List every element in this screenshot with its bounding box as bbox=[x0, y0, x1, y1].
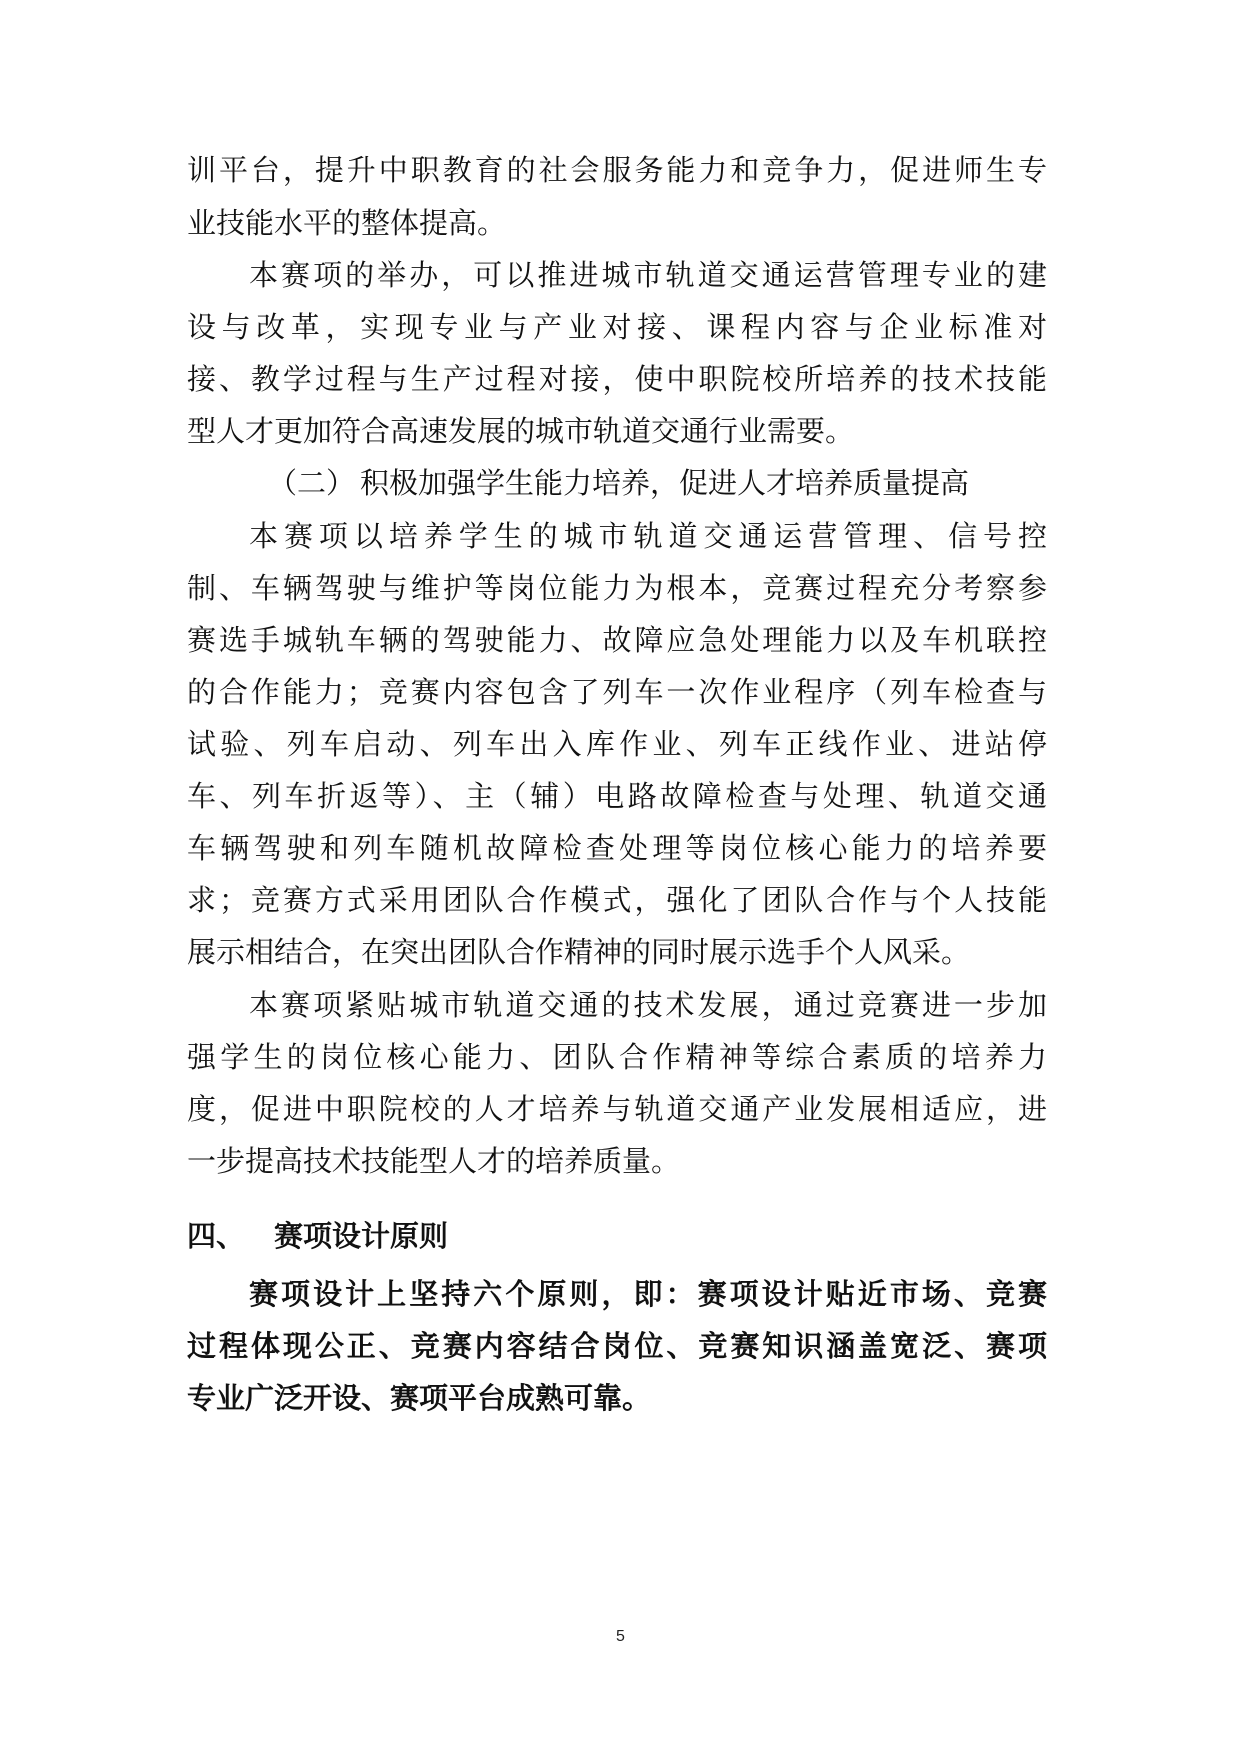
paragraph-line: 训平台，提升中职教育的社会服务能力和竞争力，促进师生专 bbox=[187, 150, 1047, 190]
paragraph-line: 赛选手城轨车辆的驾驶能力、故障应急处理能力以及车机联控 bbox=[187, 620, 1047, 660]
paragraph-line: 车辆驾驶和列车随机故障检查处理等岗位核心能力的培养要 bbox=[187, 828, 1047, 868]
section-title: 赛项设计原则 bbox=[274, 1219, 448, 1253]
paragraph-line: 赛项设计上坚持六个原则，即：赛项设计贴近市场、竞赛 bbox=[249, 1274, 1047, 1314]
section-number: 四、 bbox=[187, 1216, 274, 1256]
subsection-title: 积极加强学生能力培养，促进人才培养质量提高 bbox=[360, 466, 969, 500]
subsection-number: （二） bbox=[268, 463, 360, 503]
paragraph-line: 制、车辆驾驶与维护等岗位能力为根本，竞赛过程充分考察参 bbox=[187, 568, 1047, 608]
paragraph-line: 本赛项以培养学生的城市轨道交通运营管理、信号控 bbox=[249, 516, 1047, 556]
paragraph-line: 本赛项的举办，可以推进城市轨道交通运营管理专业的建 bbox=[249, 255, 1047, 295]
paragraph-line: 强学生的岗位核心能力、团队合作精神等综合素质的培养力 bbox=[187, 1037, 1047, 1077]
page-number: 5 bbox=[0, 1628, 1241, 1646]
paragraph-line: 过程体现公正、竞赛内容结合岗位、竞赛知识涵盖宽泛、赛项 bbox=[187, 1326, 1047, 1366]
paragraph-line: 展示相结合，在突出团队合作精神的同时展示选手个人风采。 bbox=[187, 932, 1047, 972]
document-page: 训平台，提升中职教育的社会服务能力和竞争力，促进师生专 业技能水平的整体提高。 … bbox=[0, 0, 1241, 1754]
subsection-heading: （二）积极加强学生能力培养，促进人才培养质量提高 bbox=[268, 463, 1018, 503]
paragraph-line: 设与改革，实现专业与产业对接、课程内容与企业标准对 bbox=[187, 307, 1047, 347]
paragraph-line: 试验、列车启动、列车出入库作业、列车正线作业、进站停 bbox=[187, 724, 1047, 764]
paragraph-line: 专业广泛开设、赛项平台成熟可靠。 bbox=[187, 1378, 1047, 1418]
paragraph-line: 接、教学过程与生产过程对接，使中职院校所培养的技术技能 bbox=[187, 359, 1047, 399]
paragraph-line: 车、列车折返等）、主（辅）电路故障检查与处理、轨道交通 bbox=[187, 776, 1047, 816]
paragraph-line: 的合作能力；竞赛内容包含了列车一次作业程序（列车检查与 bbox=[187, 672, 1047, 712]
paragraph-line: 度，促进中职院校的人才培养与轨道交通产业发展相适应，进 bbox=[187, 1089, 1047, 1129]
section-heading: 四、赛项设计原则 bbox=[187, 1216, 1047, 1256]
paragraph-line: 型人才更加符合高速发展的城市轨道交通行业需要。 bbox=[187, 411, 1047, 451]
paragraph-line: 业技能水平的整体提高。 bbox=[187, 203, 1047, 243]
paragraph-line: 一步提高技术技能型人才的培养质量。 bbox=[187, 1141, 1047, 1181]
paragraph-line: 求；竞赛方式采用团队合作模式，强化了团队合作与个人技能 bbox=[187, 880, 1047, 920]
paragraph-line: 本赛项紧贴城市轨道交通的技术发展，通过竞赛进一步加 bbox=[249, 985, 1047, 1025]
